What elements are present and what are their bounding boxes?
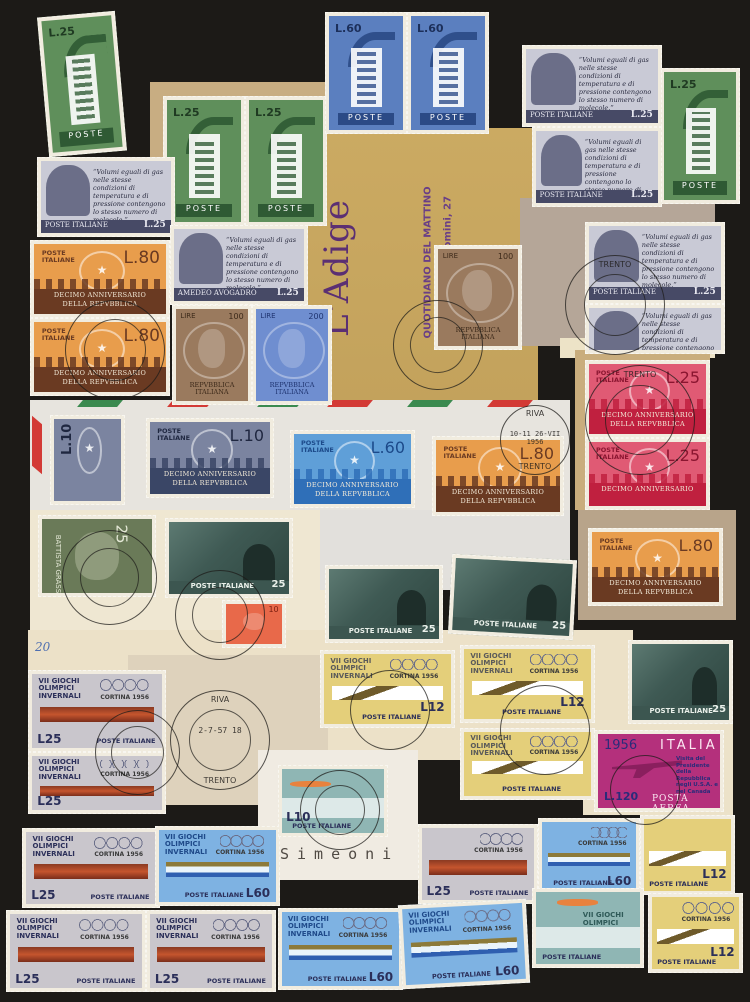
- airmail-stripe-left: [32, 416, 42, 474]
- airmail-stamp-1956-visita-presidente: 1956 ITALIA Visita del Presidente della …: [594, 730, 724, 812]
- europa-stamp-blue-right: L.60 POSTE: [407, 12, 489, 134]
- olympics-stamp-speed-skating-60: VII GIOCHIOLIMPICIINVERNALI CORTINA 1956…: [155, 826, 280, 906]
- avogadro-stamp-grey-fragment-bottom: “Volumi eguali di gas nelle stesse condi…: [585, 304, 725, 354]
- olympics-stamp-ski-jump-12: CORTINA 1956 L12 POSTE ITALIANE: [648, 893, 743, 973]
- airmail-stripe: [77, 400, 123, 407]
- airmail-stripe: [487, 400, 533, 407]
- republic-stamp-orange-80: POSTEITALIANE L.80 DECIMO ANNIVERSARIODE…: [432, 436, 564, 516]
- olympics-stamp-ski-jump-12: VII GIOCHIOLIMPICIINVERNALI CORTINA 1956…: [320, 650, 455, 728]
- airmail-year: 1956: [604, 738, 637, 753]
- republic-stamp-grey-10: POSTEITALIANE L.10 DECIMO ANNIVERSARIODE…: [146, 418, 274, 498]
- olympics-stamp-ice-stadium-25: VII GIOCHIOLIMPICIINVERNALI CORTINA 1956…: [28, 670, 166, 752]
- europa-stamp-blue-left: L.60 POSTE: [325, 12, 407, 134]
- avogadro-stamp: “Volumi eguali di gas nelle stesse condi…: [170, 225, 308, 305]
- grassi-name: BATTISTA GRASSI: [54, 535, 62, 595]
- simplon-tunnel-stamp: POSTE ITALIANE25: [165, 518, 293, 598]
- olympics-stamp-ice-stadium-25: VII GIOCHIOLIMPICIINVERNALI CORTINA 1956…: [146, 910, 276, 992]
- republic-stamp-orange-80: POSTEITALIANE L.80 DECIMO ANNIVERSARIODE…: [588, 528, 723, 606]
- handwritten-name: Simeoni: [280, 845, 399, 863]
- republic-stamp-grey-10-vertical: L.10: [50, 415, 125, 505]
- republic-stamp-orange-80: POSTEITALIANE L.80 DECIMO ANNIVERSARIODE…: [30, 318, 170, 396]
- olympics-stamp-ski-slope-10: VII GIOCHIOLIMPICIINVERNALI POSTE ITALIA…: [532, 888, 644, 968]
- simplon-tunnel-stamp: POSTE ITALIANE25: [325, 565, 443, 643]
- europa-stamp-green-right: L.25 POSTE: [660, 68, 740, 204]
- newspaper-subtitle: QUOTIDIANO DEL MATTINO: [423, 159, 434, 339]
- republic-stamp-pink-25: POSTEITALIANE L.25 DECIMO ANNIVERSARIO: [585, 438, 710, 510]
- europa-stamp-green-single: L.25 POSTE: [37, 11, 127, 157]
- siracusana-stamp-brown-100-on-cover: LIRE100 REPVBBLICAITALIANA: [434, 245, 522, 350]
- olympics-stamp-ski-jump-12: VII GIOCHIOLIMPICIINVERNALI CORTINA 1956…: [460, 728, 595, 800]
- battista-grassi-stamp: 25 BATTISTA GRASSI: [38, 515, 156, 597]
- airplane-icon: [612, 756, 682, 778]
- simplon-tunnel-stamp: POSTE ITALIANE25: [448, 554, 577, 640]
- siracusana-stamp-brown-100: LIRE100 REPVBBLICAITALIANA: [172, 305, 252, 405]
- olympics-stamp-speed-skating-60: CORTINA 1956 L60 POSTE ITALIANE: [538, 818, 640, 894]
- simplon-tunnel-stamp: POSTE ITALIANE25: [628, 640, 733, 724]
- siracusana-stamp-red-10: 10: [222, 600, 286, 648]
- olympics-stamp-ice-stadium-25: CORTINA 1956 L25POSTE ITALIANE: [418, 824, 538, 904]
- avogadro-stamp: “Volumi eguali di gas nelle stesse condi…: [37, 157, 175, 237]
- airmail-value: L.120: [604, 790, 638, 803]
- grassi-value: 25: [113, 524, 131, 543]
- olympics-stamp-ice-stadium-25: VII GIOCHIOLIMPICIINVERNALI CORTINA 1956…: [28, 752, 166, 814]
- olympics-stamp-ski-slope-10: L10 POSTE ITALIANE: [278, 765, 388, 837]
- avogadro-stamp-pair-bottom: “Volumi eguali di gas nelle stesse condi…: [532, 127, 662, 207]
- olympics-stamp-ski-jump-12: L12 POSTE ITALIANE: [640, 815, 735, 895]
- olympics-stamp-speed-skating-60: VII GIOCHIOLIMPICIINVERNALI CORTINA 1956…: [398, 899, 530, 990]
- avogadro-stamp-pair-top: “Volumi eguali di gas nelle stesse condi…: [522, 45, 662, 127]
- republic-stamp-blue-60: POSTEITALIANE L.60 DECIMO ANNIVERSARIODE…: [290, 430, 415, 508]
- republic-stamp-pink-25: POSTEITALIANE L.25 DECIMO ANNIVERSARIODE…: [585, 360, 710, 438]
- europa-stamp-green-pair-right: L.25 POSTE: [245, 96, 327, 226]
- avogadro-stamp-grey-fragment-top: “Volumi eguali di gas nelle stesse condi…: [585, 222, 725, 304]
- siracusana-stamp-blue-200: LIRE200 REPVBBLICAITALIANA: [252, 305, 332, 405]
- airmail-label: POSTA AEREA: [652, 794, 720, 812]
- airmail-overprint: Visita del Presidente della Repubblica n…: [676, 756, 724, 795]
- pencil-mark: 20: [35, 640, 50, 654]
- olympics-stamp-ice-stadium-25: VII GIOCHIOLIMPICIINVERNALI CORTINA 1956…: [6, 910, 146, 992]
- airmail-stripe: [407, 400, 453, 407]
- europa-stamp-green-pair-left: L.25 POSTE: [163, 96, 245, 226]
- olympics-stamp-ski-jump-12: VII GIOCHIOLIMPICIINVERNALI CORTINA 1956…: [460, 645, 595, 723]
- airmail-country: ITALIA: [660, 738, 718, 753]
- olympics-stamp-ice-stadium-25: VII GIOCHIOLIMPICIINVERNALI CORTINA 1956…: [22, 828, 160, 908]
- airmail-stripe: [327, 400, 373, 407]
- republic-stamp-orange-80: POSTEITALIANE L.80 DECIMO ANNIVERSARIODE…: [30, 240, 170, 318]
- olympics-stamp-speed-skating-60: VII GIOCHIOLIMPICIINVERNALI CORTINA 1956…: [278, 908, 403, 990]
